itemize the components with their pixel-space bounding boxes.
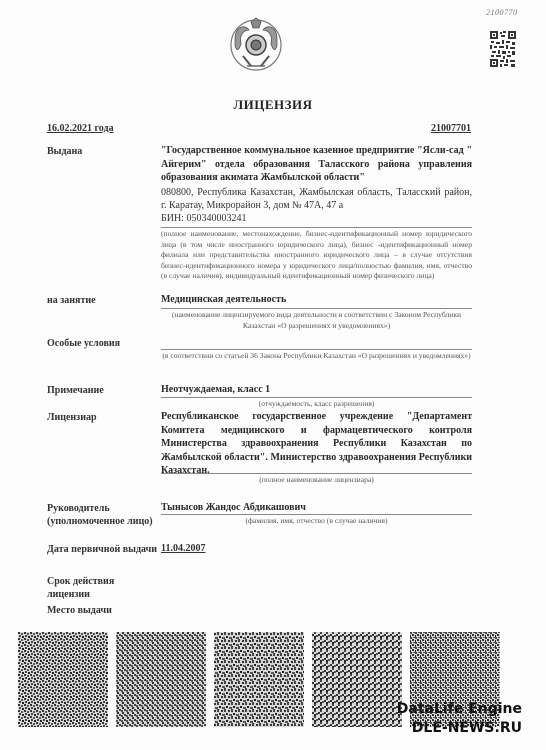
issued-to-address: 080800, Республика Казахстан, Жамбылская… [161,186,472,212]
head-hint: (фамилия, имя, отчество (в случае наличи… [161,516,472,527]
watermark-line2: DLE-NEWS.RU [380,719,522,738]
special-conditions-rule [161,349,472,350]
head-label-line1: Руководитель [47,502,110,515]
validity-label-line2: лицензии [47,588,90,601]
document-title: ЛИЦЕНЗИЯ [0,97,546,113]
licensor-label: Лицензиар [47,411,97,424]
issued-to-label: Выдана [47,145,82,158]
state-emblem-icon [229,16,283,73]
activity-hint: (наименование лицензируемого вида деятел… [161,310,472,331]
special-conditions-hint: (в соответствии со статьей 36 Закона Рес… [161,351,472,362]
document-serial-number: 2100770 [486,8,518,17]
issue-date: 16.02.2021 года [47,123,114,134]
licensor-value: Республиканское государственное учрежден… [161,410,472,478]
note-label: Примечание [47,384,104,397]
qr-code-icon [18,632,108,727]
validity-label-line1: Срок действия [47,575,114,588]
activity-value: Медицинская деятельность [161,293,472,307]
first-issue-value: 11.04.2007 [161,543,205,554]
activity-rule [161,308,472,309]
place-label: Место выдачи [47,604,112,617]
qr-code-icon [116,632,206,727]
issued-to-bin: БИН: 050340003241 [161,212,472,225]
note-hint: (отчуждаемость, класс разрешения) [161,399,472,410]
issued-to-value: "Государственное коммунальное казенное п… [161,144,472,185]
issued-to-hint: (полное наименование, местонахождение, б… [161,229,472,282]
first-issue-label: Дата первичной выдачи [47,543,157,556]
special-conditions-label: Особые условия [47,337,120,350]
watermark-line1: DataLife Engine [380,700,522,719]
watermark: DataLife Engine DLE-NEWS.RU [380,700,522,738]
issued-to-rule [161,227,472,228]
licensor-hint: (полное наименование лицензиара) [161,475,472,486]
head-label-line2: (уполномоченное лицо) [47,515,153,528]
head-value: Тынысов Жандос Абдикашович [161,501,472,515]
qr-code-icon [214,632,304,727]
qr-code-icon [489,30,517,68]
note-value: Неотчуждаемая, класс 1 [161,383,472,397]
license-number: 21007701 [420,123,471,134]
note-rule [161,397,472,398]
licensor-rule [161,473,472,474]
activity-label: на занятие [47,294,96,307]
head-rule [161,514,472,515]
